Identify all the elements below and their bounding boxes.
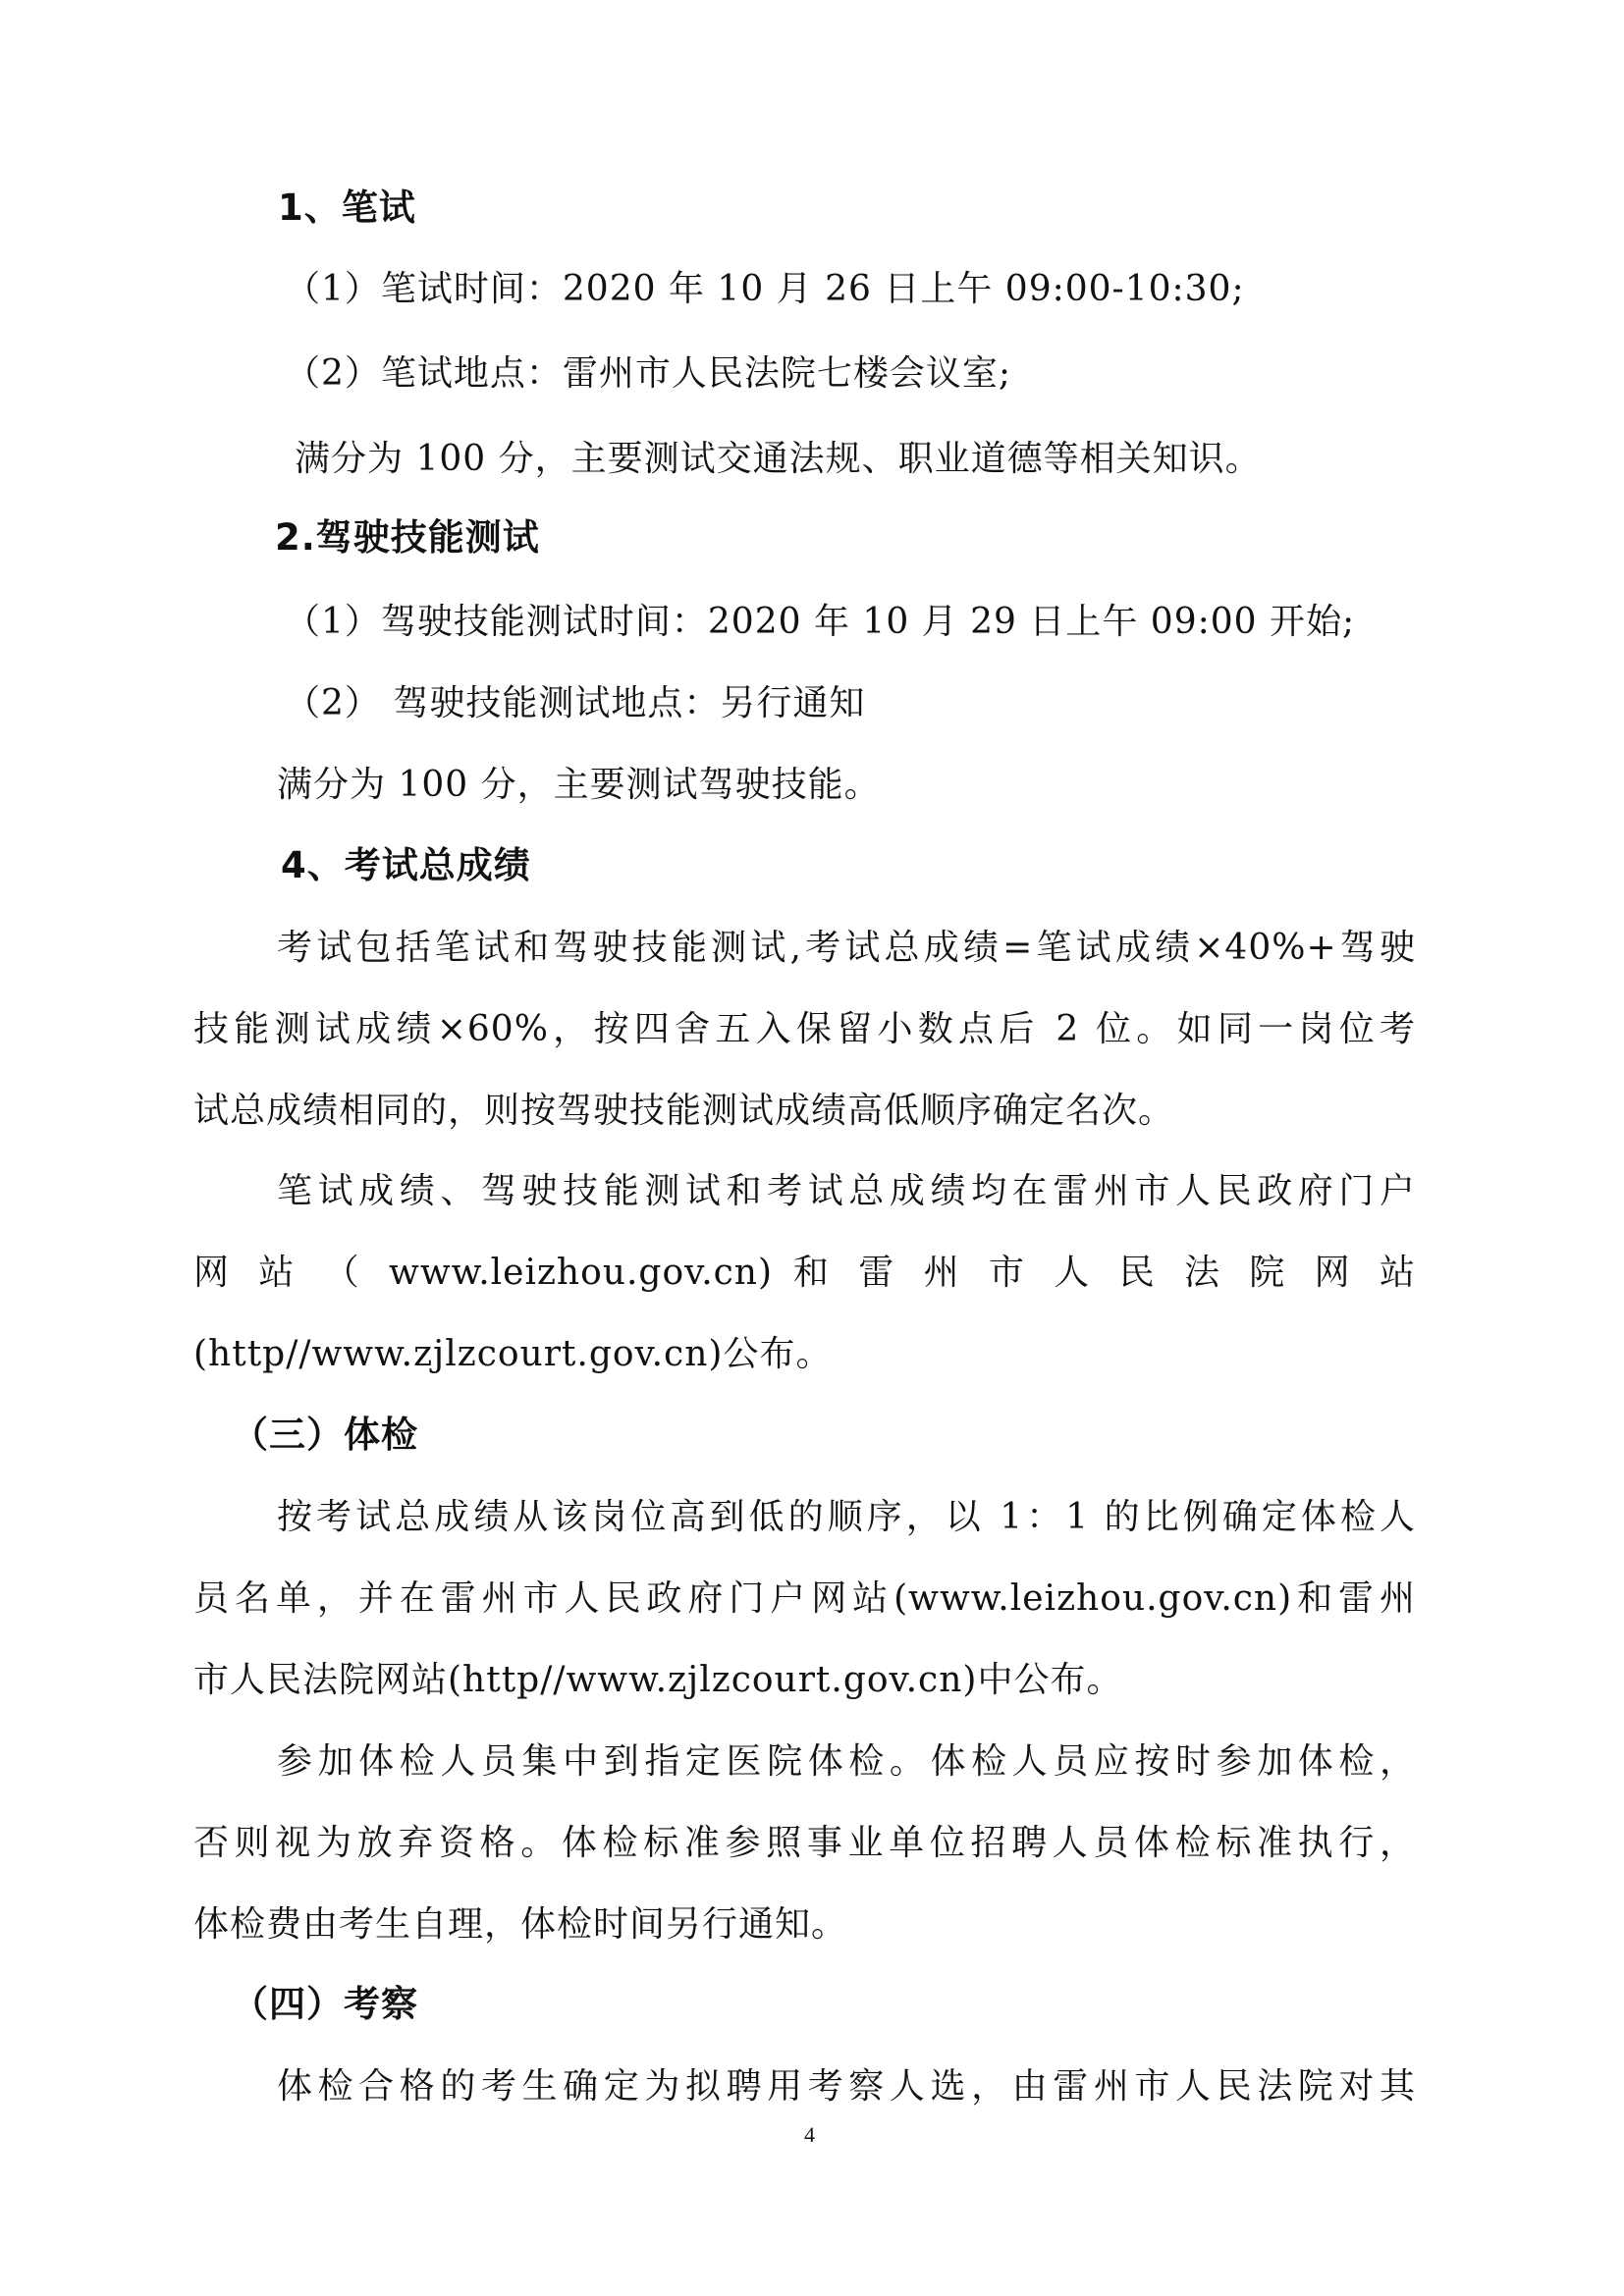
- section-heading-medical: （三）体检: [232, 1412, 418, 1459]
- written-exam-location: （2）笔试地点：雷州市人民法院七楼会议室;: [285, 350, 1011, 398]
- paragraph-line: 否则视为放弃资格。体检标准参照事业单位招聘人员体检标准执行，: [193, 1820, 1416, 1867]
- paragraph-line: 网 站 （ www.leizhou.gov.cn) 和 雷 州 市 人 民 法 …: [193, 1250, 1416, 1297]
- paragraph-line: 考试包括笔试和驾驶技能测试,考试总成绩=笔试成绩×40%+驾驶: [277, 925, 1416, 972]
- driving-test-score: 满分为 100 分，主要测试驾驶技能。: [277, 762, 881, 809]
- paragraph-line: 按考试总成绩从该岗位高到低的顺序，以 1：1 的比例确定体检人: [277, 1494, 1416, 1541]
- section-heading-total-score: 4、考试总成绩: [281, 842, 531, 889]
- paragraph-line: 体检合格的考生确定为拟聘用考察人选，由雷州市人民法院对其: [277, 2063, 1416, 2110]
- page-number: 4: [804, 2122, 815, 2148]
- section-heading-inspection: （四）考察: [232, 1981, 418, 2028]
- paragraph-line: 市人民法院网站(http//www.zjlzcourt.gov.cn)中公布。: [193, 1657, 1122, 1704]
- driving-test-time: （1）驾驶技能测试时间：2020 年 10 月 29 日上午 09:00 开始;: [285, 599, 1355, 646]
- paragraph-line: 体检费由考生自理，体检时间另行通知。: [193, 1901, 847, 1949]
- driving-test-location: （2） 驾驶技能测试地点：另行通知: [285, 680, 865, 727]
- section-heading-written-exam: 1、笔试: [278, 185, 416, 232]
- paragraph-line: 试总成绩相同的，则按驾驶技能测试成绩高低顺序确定名次。: [193, 1088, 1174, 1135]
- paragraph-line: 技能测试成绩×60%，按四舍五入保留小数点后 2 位。如同一岗位考: [193, 1006, 1416, 1053]
- section-heading-driving-test: 2.驾驶技能测试: [275, 514, 540, 561]
- written-exam-score: 满分为 100 分，主要测试交通法规、职业道德等相关知识。: [295, 436, 1262, 483]
- written-exam-time: （1）笔试时间：2020 年 10 月 26 日上午 09:00-10:30;: [285, 266, 1245, 313]
- paragraph-line: 笔试成绩、驾驶技能测试和考试总成绩均在雷州市人民政府门户: [277, 1168, 1416, 1215]
- paragraph-line: 员名单，并在雷州市人民政府门户网站(www.leizhou.gov.cn)和雷州: [193, 1575, 1416, 1623]
- paragraph-line: 参加体检人员集中到指定医院体检。体检人员应按时参加体检，: [277, 1738, 1416, 1786]
- paragraph-line: (http//www.zjlzcourt.gov.cn)公布。: [193, 1331, 832, 1378]
